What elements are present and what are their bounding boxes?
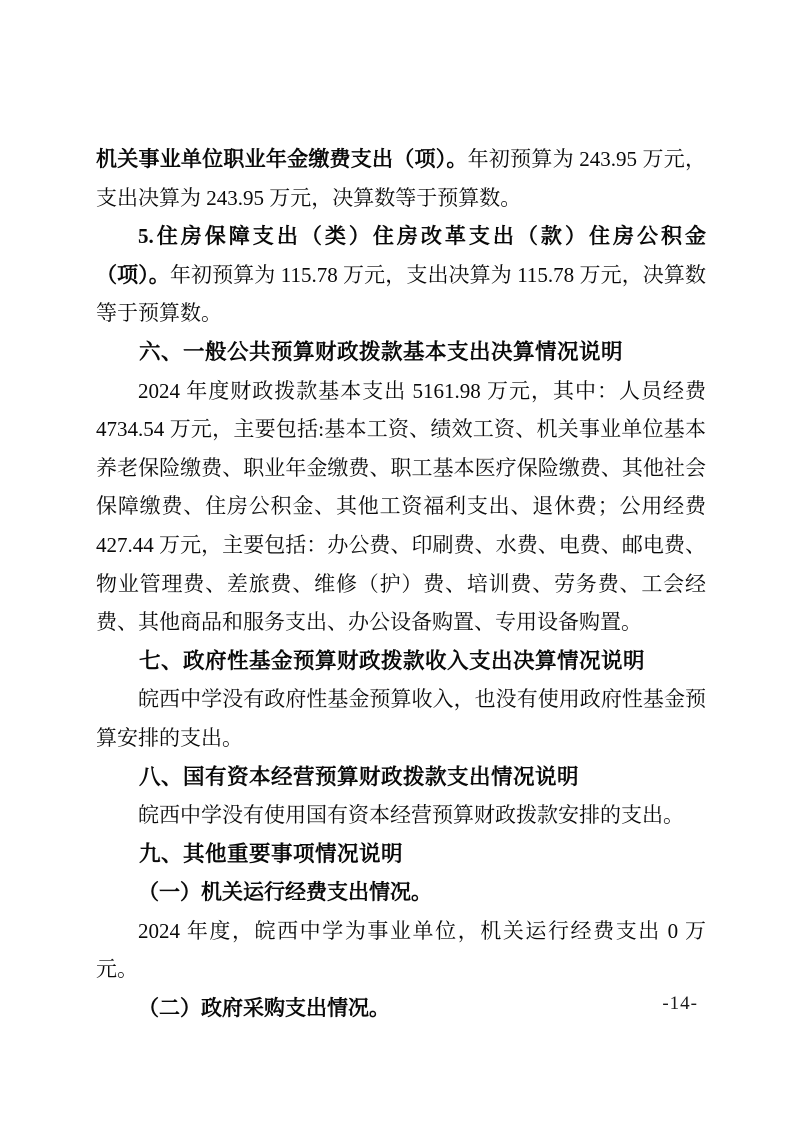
para-gov-fund-note: 皖西中学没有政府性基金预算收入，也没有使用政府性基金预算安排的支出。 <box>96 680 706 757</box>
para-housing-fund-text: 年初预算为 115.78 万元，支出决算为 115.78 万元，决算数等于预算数… <box>96 263 706 326</box>
para-pension-contribution: 机关事业单位职业年金缴费支出（项）。年初预算为 243.95 万元，支出决算为 … <box>96 140 706 217</box>
subheading-gov-procurement: （二）政府采购支出情况。 <box>96 989 706 1028</box>
page-number: -14- <box>662 993 698 1015</box>
heading-section-8: 八、国有资本经营预算财政拨款支出情况说明 <box>96 758 706 797</box>
document-page: 机关事业单位职业年金缴费支出（项）。年初预算为 243.95 万元，支出决算为 … <box>0 0 793 1122</box>
para-state-capital-note: 皖西中学没有使用国有资本经营预算财政拨款安排的支出。 <box>96 796 706 835</box>
heading-section-7: 七、政府性基金预算财政拨款收入支出决算情况说明 <box>96 642 706 681</box>
para-housing-fund: 5.住房保障支出（类）住房改革支出（款）住房公积金（项）。年初预算为 115.7… <box>96 217 706 333</box>
para-basic-expenditure-detail: 2024 年度财政拨款基本支出 5161.98 万元，其中：人员经费 4734.… <box>96 372 706 642</box>
para-pension-contribution-lead: 机关事业单位职业年金缴费支出（项）。 <box>96 147 468 171</box>
subheading-agency-operating-cost: （一）机关运行经费支出情况。 <box>96 873 706 912</box>
heading-section-6: 六、一般公共预算财政拨款基本支出决算情况说明 <box>96 333 706 372</box>
document-body: 机关事业单位职业年金缴费支出（项）。年初预算为 243.95 万元，支出决算为 … <box>96 140 706 1028</box>
para-agency-operating-cost: 2024 年度，皖西中学为事业单位，机关运行经费支出 0 万元。 <box>96 912 706 989</box>
heading-section-9: 九、其他重要事项情况说明 <box>96 835 706 874</box>
